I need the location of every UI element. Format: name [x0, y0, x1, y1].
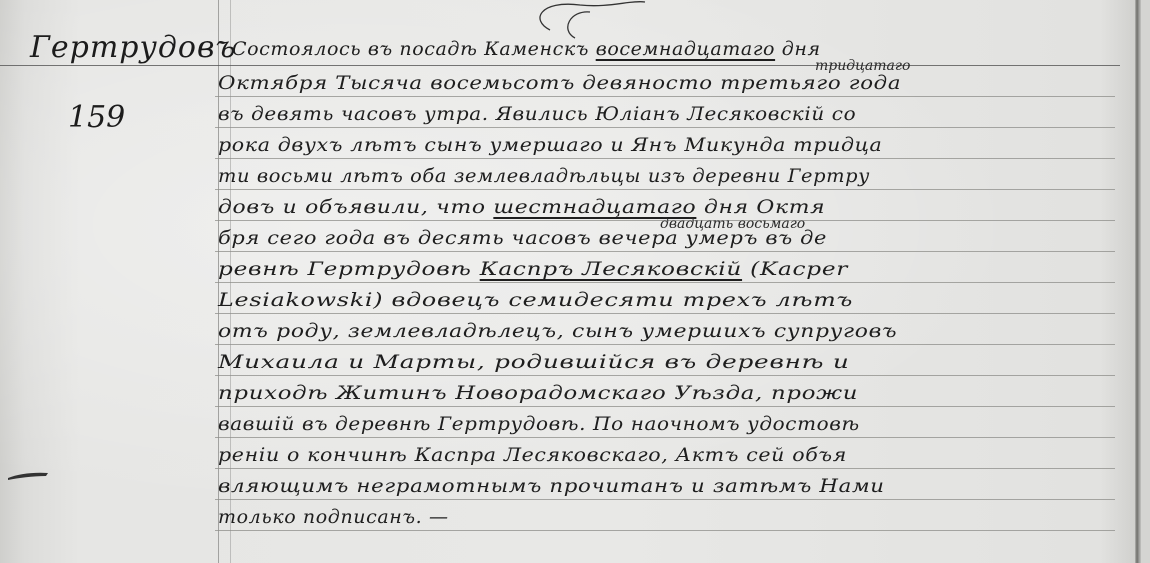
record-line-7: бря сего года въ десять часовъ вечера ум… — [218, 227, 1150, 249]
record-line-6: довъ и объявили, что шестнадцатаго дня О… — [218, 196, 1150, 218]
rule-line — [0, 65, 1120, 66]
record-line-14: реніи о кончинѣ Каспра Лесяковскаго, Акт… — [218, 444, 1150, 466]
record-line-9: Lesiakowski) вдовецъ семидесяти трехъ лѣ… — [218, 289, 1150, 311]
record-line-16: только подписанъ. — — [218, 506, 1118, 528]
record-line-5: ти восьми лѣтъ оба землевладѣльцы изъ де… — [218, 165, 1136, 187]
ink-smudge — [8, 470, 48, 480]
signature-flourish — [520, 0, 650, 40]
record-line-8: ревнѣ Гертрудовѣ Каспръ Лесяковскій (Kac… — [218, 258, 1150, 280]
record-line-12: приходѣ Житинъ Новорадомскаго Уѣзда, про… — [218, 382, 1150, 404]
record-line-13: вавшій въ деревнѣ Гертрудовѣ. По наочном… — [218, 413, 1150, 435]
record-line-4: рока двухъ лѣтъ сынъ умершаго и Янъ Мику… — [218, 134, 1150, 156]
scanned-page: Гертрудовъ 159 Состоялось въ посадѣ Каме… — [0, 0, 1150, 563]
record-line-11: Михаила и Марты, родившійся въ деревнѣ и — [218, 351, 1150, 373]
record-line-2: Октября Тысяча восемьсотъ девяносто трет… — [218, 72, 1150, 94]
record-line-1: Состоялось въ посадѣ Каменскъ восемнадца… — [232, 38, 1132, 60]
margin-village-name: Гертрудовъ — [30, 30, 236, 65]
record-line-3: въ девять часовъ утра. Явились Юліанъ Ле… — [218, 103, 1150, 125]
record-line-10: отъ роду, землевладѣлецъ, сынъ умершихъ … — [218, 320, 1150, 342]
record-line-15: вляющимъ неграмотнымъ прочитанъ и затѣмъ… — [218, 475, 1150, 497]
margin-record-number: 159 — [68, 100, 125, 135]
